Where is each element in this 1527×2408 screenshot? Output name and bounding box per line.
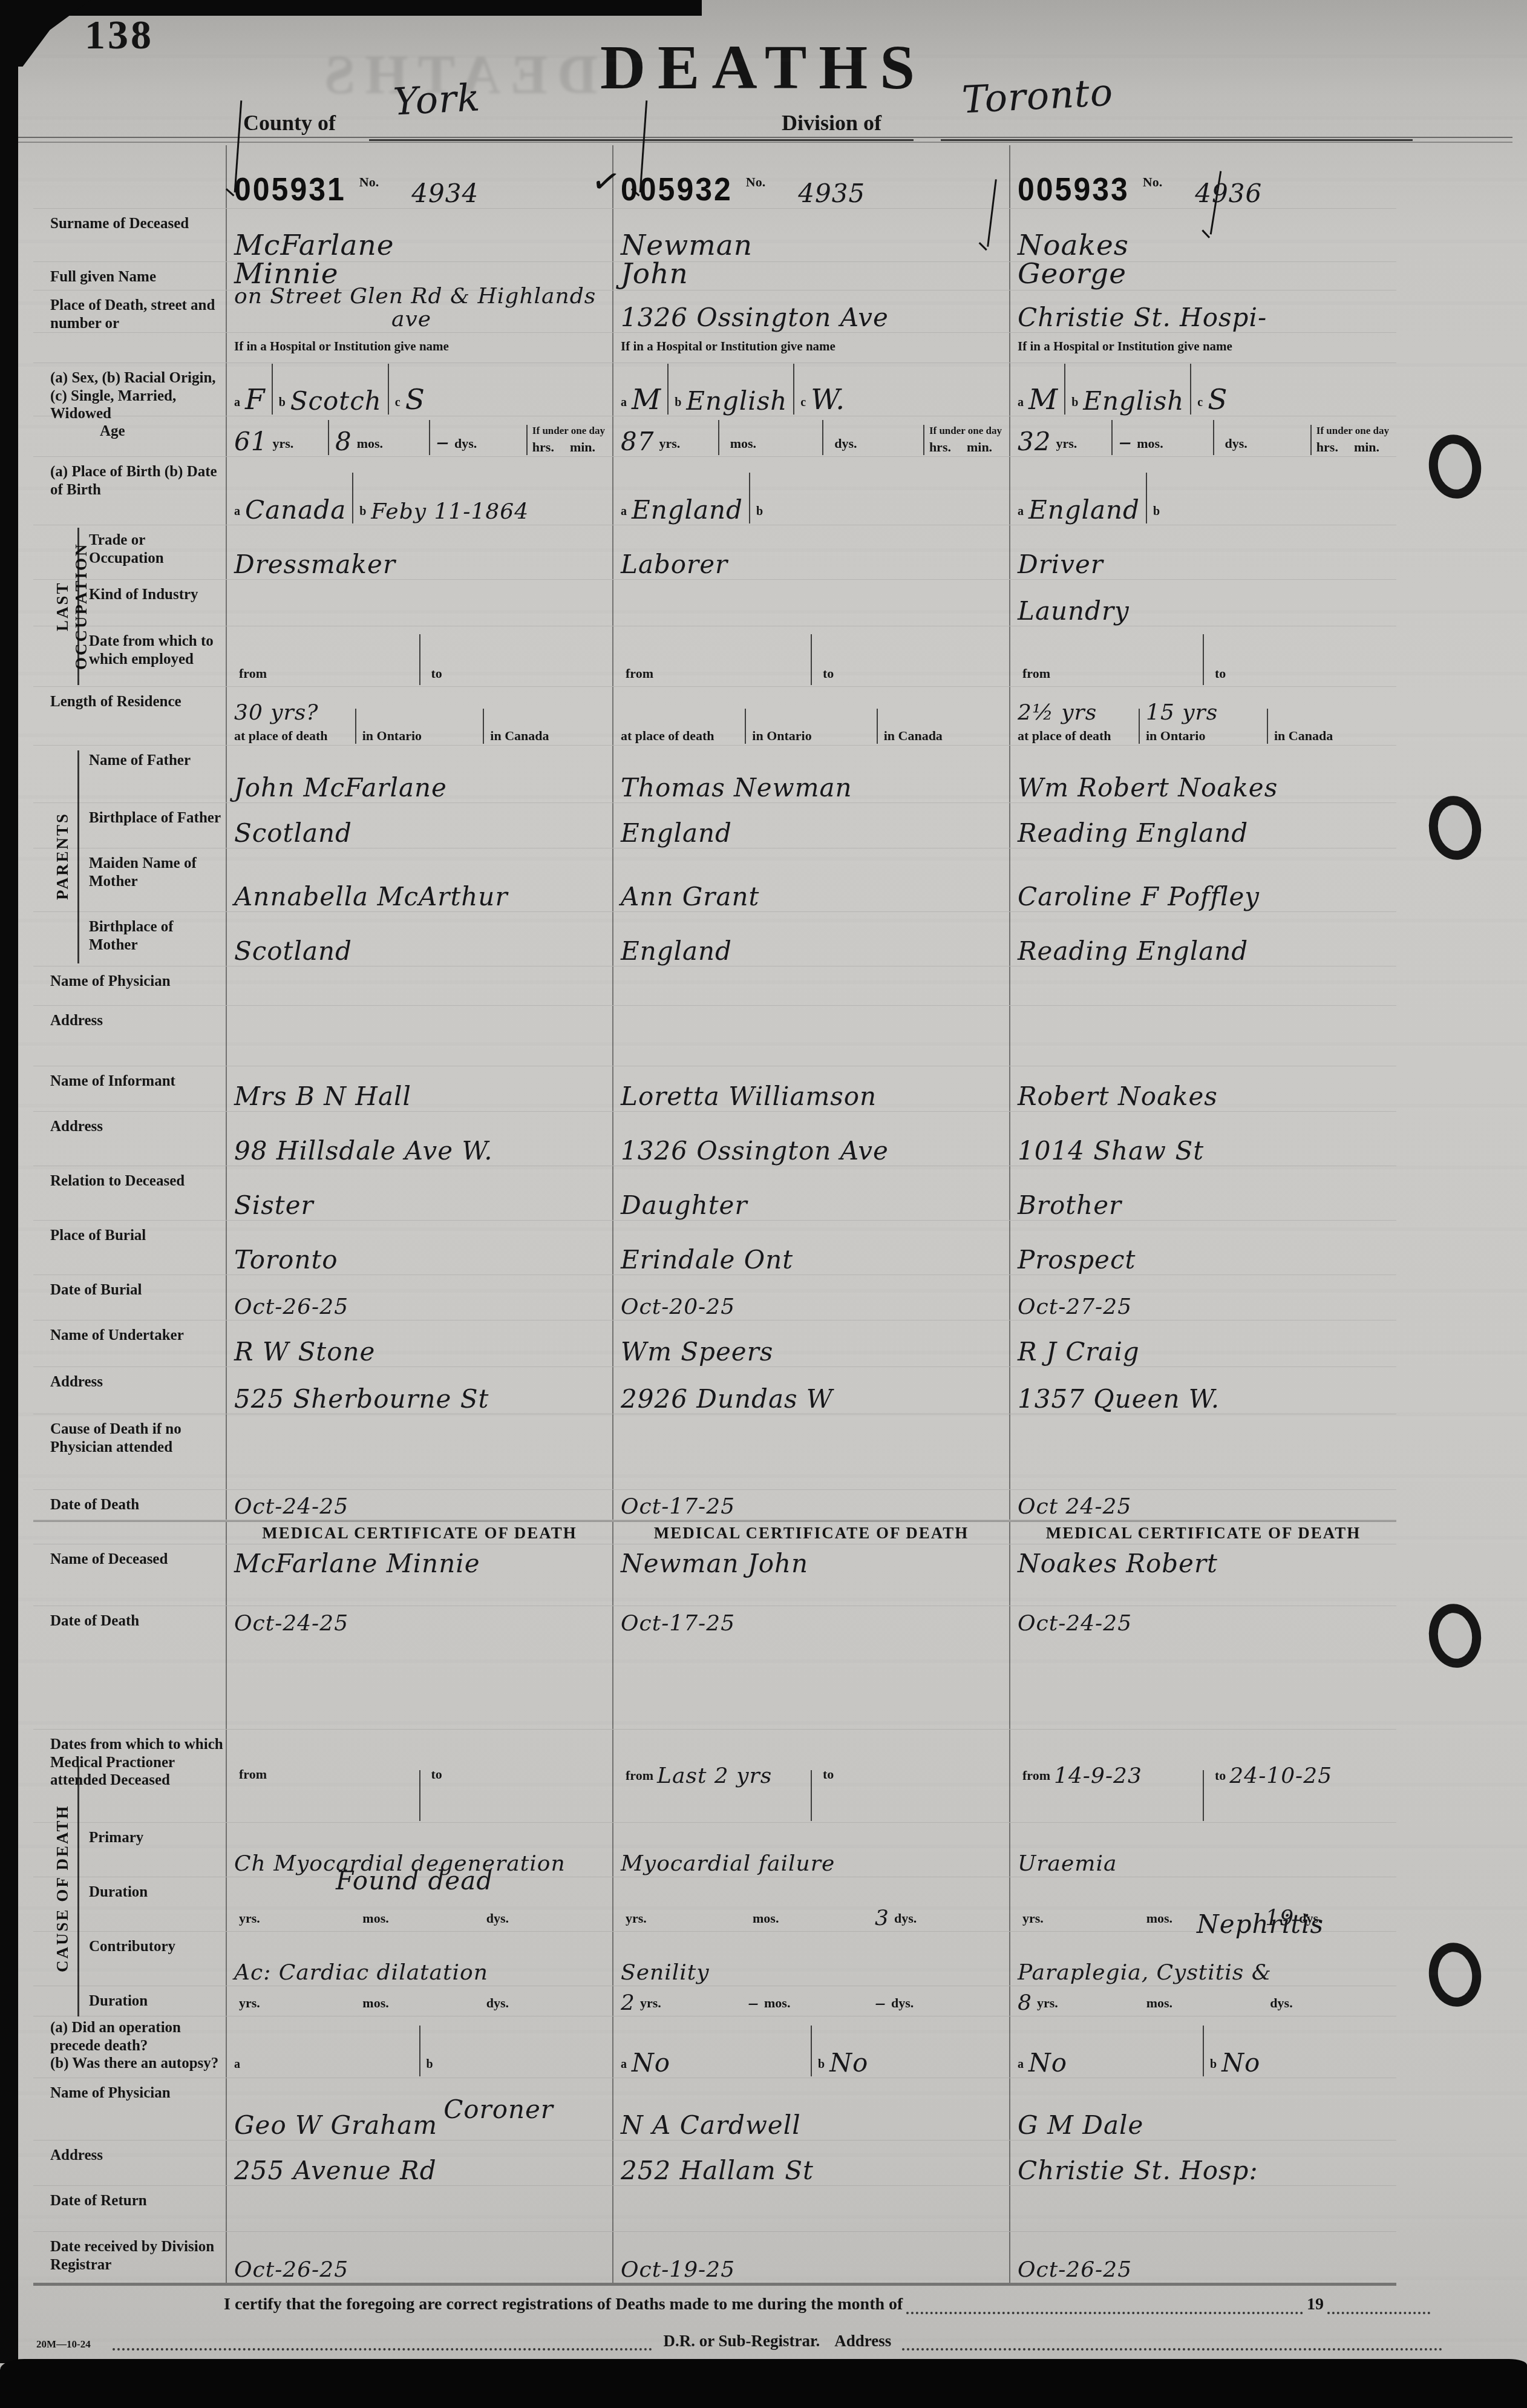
undertaker-value: R W Stone	[226, 1320, 612, 1366]
unit-dys: dys.	[486, 1911, 509, 1926]
row-medcert-date-of-death: Date of Death Oct-24-25 Oct-17-25 Oct-24…	[33, 1606, 1396, 1730]
handwritten-mother-birthplace: Scotland	[234, 938, 352, 965]
primary-cause-value: Myocardial failure	[612, 1823, 1009, 1877]
handwritten-physician2-address: 252 Hallam St	[621, 2157, 814, 2184]
handwritten-date-of-death: Oct 24-25	[1018, 1495, 1131, 1518]
row-father: Name of Father John McFarlane Thomas New…	[33, 746, 1396, 803]
cause-bracket	[77, 1767, 79, 2016]
physician2-address-label: Address	[33, 2141, 226, 2185]
place-of-death-label: Place of Death, street and number or	[33, 290, 226, 332]
sub-divider	[793, 364, 794, 415]
birth-label: (a) Place of Birth (b) Date of Birth	[33, 457, 226, 525]
sub-divider	[1213, 420, 1214, 455]
handwritten-informant: Mrs B N Hall	[234, 1083, 411, 1110]
unit-mos: mos.	[753, 1911, 779, 1926]
medcert-name-label: Name of Deceased	[33, 1544, 226, 1606]
informant-value: Loretta Williamson	[612, 1066, 1009, 1111]
birth-value: aCanada bFeby 11-1864	[226, 457, 612, 525]
print-code: 20M—10-24	[36, 2338, 91, 2351]
row-place-of-death: Place of Death, street and number or on …	[33, 290, 1396, 333]
handwritten-medcert-date: Oct-24-25	[1018, 1612, 1132, 1635]
scanned-death-register-page: DEATHS 138 DEATHS County of York Divisio…	[0, 0, 1527, 2408]
book-number: 4934	[411, 180, 479, 207]
handwritten-undertaker: Wm Speers	[621, 1339, 773, 1365]
physician1-value	[226, 966, 612, 1005]
unit-min: min.	[967, 439, 992, 455]
handwritten-medcert-name: Noakes Robert	[1018, 1550, 1218, 1577]
undertaker-address-value: 1357 Queen W.	[1009, 1367, 1396, 1414]
medcert-header: MEDICAL CERTIFICATE OF DEATH	[1009, 1522, 1396, 1544]
birth-value: aEngland b	[612, 457, 1009, 525]
date-received-value: Oct-19-25	[612, 2232, 1009, 2283]
father-birthplace-value: Scotland	[226, 803, 612, 848]
marker-c: c	[395, 396, 401, 410]
handwritten-informant-address: 1014 Shaw St	[1018, 1138, 1204, 1164]
employed-value: from to	[1009, 626, 1396, 686]
row-date-of-death: Date of Death Oct-24-25 Oct-17-25 Oct 24…	[33, 1490, 1396, 1520]
header-rule-top	[18, 137, 1512, 138]
header-rule-bottom	[18, 142, 1512, 143]
register-table: 005931 No. 4934 005932 No. 4935 005933 N…	[33, 145, 1396, 2286]
handwritten-attended-to: 24-10-25	[1229, 1765, 1332, 1788]
contributory-duration-value: 2yrs. –mos. –dys.	[612, 1986, 1009, 2016]
handwritten-burial-date: Oct-26-25	[234, 1296, 348, 1319]
primary-cause-value: Uraemia	[1009, 1823, 1396, 1877]
operation-autopsy-value: aNo bNo	[612, 2016, 1009, 2078]
physician2-value: Geo W GrahamCoroner	[226, 2078, 612, 2140]
section-label-cause-of-death: CAUSE OF DEATH	[53, 1755, 72, 2021]
parents-bracket	[77, 750, 79, 963]
handwritten-age-years: 32	[1018, 428, 1051, 455]
handwritten-contributory-cause: Ac: Cardiac dilatation	[234, 1961, 488, 1984]
date-of-death-value: Oct-17-25	[612, 1490, 1009, 1520]
handwritten-found-dead-note: Found dead	[336, 1868, 493, 1894]
handwritten-duration-days: 3	[875, 1907, 889, 1930]
sub-divider	[272, 364, 273, 415]
row-burial-place: Place of Burial Toronto Erindale Ont Pro…	[33, 1221, 1396, 1275]
row-physician1: Name of Physician	[33, 966, 1396, 1006]
handwritten-burial-date: Oct-27-25	[1018, 1296, 1132, 1319]
division-value: Toronto	[961, 70, 1114, 122]
hospital-note: If in a Hospital or Institution give nam…	[1009, 333, 1396, 363]
row-industry: Kind of Industry Laundry	[33, 580, 1396, 626]
row-age: Age 61yrs. 8mos. –dys. If under one day …	[33, 416, 1396, 457]
row-medcert-name: Name of Deceased McFarlane Minnie Newman…	[33, 1544, 1396, 1606]
place-of-death-value: 1326 Ossington Ave	[612, 290, 1009, 332]
row-registration-numbers: 005931 No. 4934 005932 No. 4935 005933 N…	[33, 145, 1396, 209]
handwritten-duration-days: –	[875, 1992, 886, 2015]
handwritten-date-received: Oct-26-25	[1018, 2259, 1132, 2282]
cause-no-physician-label: Cause of Death if no Physician attended	[33, 1414, 226, 1489]
handwritten-racial-origin: Scotch	[290, 388, 382, 415]
row-sex-origin-status: (a) Sex, (b) Racial Origin, (c) Single, …	[33, 363, 1396, 416]
relation-value: Daughter	[612, 1166, 1009, 1220]
sub-divider	[749, 473, 750, 523]
marker-b: b	[359, 505, 366, 519]
handwritten-marital-status: S	[405, 385, 425, 415]
medcert-header-text: MEDICAL CERTIFICATE OF DEATH	[621, 1524, 1002, 1543]
informant-address-value: 1014 Shaw St	[1009, 1112, 1396, 1166]
unit-yrs: yrs.	[659, 436, 680, 451]
handwritten-contributory-cause: Senility	[621, 1961, 710, 1984]
row-cause-no-physician: Cause of Death if no Physician attended	[33, 1414, 1396, 1490]
handwritten-autopsy: No	[829, 2050, 868, 2076]
county-value: York	[392, 75, 482, 123]
unit-hrs: hrs.	[1316, 439, 1338, 455]
row-relation: Relation to Deceased Sister Daughter Bro…	[33, 1166, 1396, 1221]
marker-b: b	[1153, 505, 1160, 519]
medcert-name-value: Noakes Robert	[1009, 1544, 1396, 1606]
from-label: from	[626, 666, 653, 681]
row-physician2-address: Address 255 Avenue Rd 252 Hallam St Chri…	[33, 2141, 1396, 2186]
scan-edge-bottom	[0, 2359, 1527, 2408]
handwritten-undertaker-address: 1357 Queen W.	[1018, 1386, 1220, 1412]
book-number: 4936	[1195, 180, 1262, 207]
handwritten-contributory-cause: Paraplegia, Cystitis &	[1018, 1961, 1272, 1984]
operation-question: (a) Did an operation precede death?	[50, 2019, 223, 2055]
industry-value	[612, 580, 1009, 626]
sub-divider	[1064, 364, 1065, 415]
division-underline	[941, 139, 1413, 141]
handwritten-residence-ontario: 15 yrs	[1146, 701, 1218, 728]
unit-hrs: hrs.	[929, 439, 951, 455]
handwritten-father-birthplace: England	[621, 820, 732, 847]
handwritten-sex: M	[1028, 385, 1058, 415]
handwritten-informant: Loretta Williamson	[621, 1083, 877, 1110]
sub-divider	[877, 709, 878, 744]
handwritten-operation: No	[632, 2050, 670, 2076]
handwritten-racial-origin: English	[1083, 388, 1184, 415]
residence-value: 30 yrs?at place of death in Ontario in C…	[226, 687, 612, 745]
sub-divider	[388, 364, 389, 415]
father-value: John McFarlane	[226, 746, 612, 802]
certification-line: I certify that the foregoing are correct…	[224, 2291, 1434, 2314]
handwritten-physician2: Geo W Graham	[234, 2112, 437, 2139]
medcert-name-value: Newman John	[612, 1544, 1009, 1606]
from-label: from	[626, 1768, 653, 1783]
from-label: from	[239, 666, 267, 681]
marker-b: b	[427, 2058, 433, 2072]
undertaker-value: R J Craig	[1009, 1320, 1396, 1366]
row-medical-certificate-header: MEDICAL CERTIFICATE OF DEATH MEDICAL CER…	[33, 1520, 1396, 1544]
sub-divider	[718, 420, 719, 455]
medcert-date-value: Oct-24-25	[226, 1606, 612, 1729]
handwritten-undertaker-address: 525 Sherbourne St	[234, 1386, 489, 1412]
handwritten-date-received: Oct-26-25	[234, 2259, 348, 2282]
handwritten-undertaker-address: 2926 Dundas W	[621, 1386, 833, 1412]
sex-origin-status-label: (a) Sex, (b) Racial Origin, (c) Single, …	[33, 363, 226, 416]
unit-mos: mos.	[764, 1995, 790, 2011]
unit-yrs: yrs.	[1056, 436, 1077, 451]
row-attended-dates: Dates from which to which Medical Practi…	[33, 1730, 1396, 1823]
undertaker-address-value: 525 Sherbourne St	[226, 1367, 612, 1414]
handwritten-residence-place: 30 yrs?	[234, 701, 319, 728]
sex-origin-status-value: aM bEnglish cS	[1009, 363, 1396, 416]
medcert-name-value: McFarlane Minnie	[226, 1544, 612, 1606]
res-canada-label: in Canada	[884, 728, 943, 744]
unit-mos: mos.	[362, 1995, 388, 2011]
mother-birthplace-value: Reading England	[1009, 912, 1396, 966]
handwritten-undertaker: R J Craig	[1018, 1339, 1140, 1365]
registrar-label: D.R. or Sub-Registrar.	[663, 2332, 820, 2351]
handwritten-medcert-date: Oct-17-25	[621, 1612, 735, 1635]
handwritten-father: Thomas Newman	[621, 775, 852, 801]
res-canada-label: in Canada	[490, 728, 549, 744]
medcert-header-text: MEDICAL CERTIFICATE OF DEATH	[1018, 1524, 1389, 1543]
page-title: DEATHS	[0, 31, 1527, 103]
residence-value: at place of death in Ontario in Canada	[612, 687, 1009, 745]
unit-dys: dys.	[486, 1995, 509, 2011]
marker-c: c	[800, 396, 806, 410]
given-name-label: Full given Name	[33, 262, 226, 290]
from-label: from	[239, 1767, 267, 1782]
registration-cell: 005932 No. 4935	[612, 145, 1009, 208]
handwritten-birth-place: England	[1028, 497, 1140, 523]
row-physician1-address: Address	[33, 1006, 1396, 1066]
burial-date-value: Oct-27-25	[1009, 1275, 1396, 1320]
trade-value: Laborer	[612, 525, 1009, 579]
primary-duration-value: Found dead yrs. mos. dys.	[226, 1877, 612, 1931]
medcert-date-label: Date of Death	[33, 1606, 226, 1729]
unit-min: min.	[570, 439, 595, 455]
unit-mos: mos.	[1146, 1995, 1172, 2011]
operation-autopsy-label: (a) Did an operation precede death? (b) …	[33, 2016, 226, 2078]
mother-value: Annabella McArthur	[226, 848, 612, 911]
relation-value: Sister	[226, 1166, 612, 1220]
burial-place-value: Prospect	[1009, 1221, 1396, 1275]
sub-divider	[483, 709, 484, 744]
burial-place-label: Place of Burial	[33, 1221, 226, 1275]
unit-mos: mos.	[357, 436, 383, 451]
book-number: 4935	[798, 180, 865, 207]
sub-divider	[667, 364, 669, 415]
hospital-note-text: If in a Hospital or Institution give nam…	[1018, 339, 1232, 354]
county-underline	[369, 139, 914, 141]
handwritten-given-name: John	[621, 259, 688, 289]
date-of-return-value	[612, 2186, 1009, 2231]
sub-divider	[1111, 420, 1113, 455]
handwritten-date-of-death: Oct-24-25	[234, 1495, 348, 1518]
autopsy-question: (b) Was there an autopsy?	[50, 2055, 223, 2073]
birth-value: aEngland b	[1009, 457, 1396, 525]
res-place-label: at place of death	[621, 728, 714, 744]
physician1-address-value	[226, 1006, 612, 1066]
father-value: Wm Robert Noakes	[1009, 746, 1396, 802]
handwritten-relation: Brother	[1018, 1192, 1122, 1219]
handwritten-medcert-date: Oct-24-25	[234, 1612, 348, 1635]
row-contributory-duration: Duration yrs. mos. dys. 2yrs. –mos. –dys…	[33, 1986, 1396, 2016]
handwritten-birth-place: Canada	[245, 497, 346, 523]
registration-stamp: 005931	[234, 171, 346, 209]
sub-divider	[1139, 709, 1140, 744]
place-of-death-value: on Street Glen Rd & Highlands ave	[226, 290, 612, 332]
cause-no-physician-value	[226, 1414, 612, 1489]
medcert-date-value: Oct-24-25	[1009, 1606, 1396, 1729]
to-label: to	[1215, 1768, 1226, 1783]
primary-duration-value: Nephritis yrs. mos. 19dys.	[1009, 1877, 1396, 1931]
certification-blank	[906, 2291, 1303, 2314]
registration-cell: 005931 No. 4934	[226, 145, 612, 208]
father-value: Thomas Newman	[612, 746, 1009, 802]
handwritten-duration-years: 8	[1018, 1992, 1032, 2015]
burial-place-value: Erindale Ont	[612, 1221, 1009, 1275]
medcert-header: MEDICAL CERTIFICATE OF DEATH	[612, 1522, 1009, 1544]
handwritten-given-name: George	[1018, 259, 1126, 289]
attended-dates-value: from14-9-23 to24-10-25	[1009, 1730, 1396, 1822]
res-ontario-label: in Ontario	[752, 728, 811, 744]
to-label: to	[823, 666, 834, 681]
date-received-value: Oct-26-25	[1009, 2232, 1396, 2283]
handwritten-residence-place: 2½ yrs	[1018, 701, 1097, 728]
trade-value: Driver	[1009, 525, 1396, 579]
unit-hrs: hrs.	[532, 439, 554, 455]
contributory-value: Paraplegia, Cystitis &	[1009, 1932, 1396, 1986]
handwritten-medcert-name: McFarlane Minnie	[234, 1550, 480, 1577]
physician2-address-value: 252 Hallam St	[612, 2141, 1009, 2185]
handwritten-marital-status: S	[1208, 385, 1228, 415]
registration-cell: 005933 No. 4936	[1009, 145, 1396, 208]
informant-address-label: Address	[33, 1112, 226, 1166]
handwritten-date-of-death: Oct-17-25	[621, 1495, 735, 1518]
date-of-return-value	[1009, 2186, 1396, 2231]
handwritten-burial-date: Oct-20-25	[621, 1296, 735, 1319]
given-name-value: George	[1009, 262, 1396, 290]
unit-mos: mos.	[1137, 436, 1163, 451]
unit-dys: dys.	[894, 1911, 917, 1926]
unit-yrs: yrs.	[1022, 1911, 1044, 1926]
handwritten-burial-place: Prospect	[1018, 1247, 1136, 1273]
marker-a: a	[234, 2058, 240, 2072]
row-date-of-return: Date of Return	[33, 2186, 1396, 2232]
row-residence: Length of Residence 30 yrs?at place of d…	[33, 687, 1396, 746]
if-under-one-day-block: If under one day hrs.min.	[1310, 425, 1389, 455]
handwritten-duration-years: 2	[621, 1992, 635, 2015]
handwritten-industry: Laundry	[1018, 598, 1130, 625]
year-prefix: 19	[1307, 2295, 1324, 2314]
unit-min: min.	[1354, 439, 1379, 455]
signature-blank	[113, 2328, 653, 2351]
handwritten-age-days: –	[436, 428, 450, 455]
handwritten-trade: Dressmaker	[234, 551, 396, 578]
handwritten-sex: F	[245, 385, 266, 415]
sub-divider	[419, 634, 420, 685]
row-informant: Name of Informant Mrs B N Hall Loretta W…	[33, 1066, 1396, 1112]
handwritten-place-of-death-line2: ave	[391, 308, 596, 331]
relation-value: Brother	[1009, 1166, 1396, 1220]
hospital-note-text: If in a Hospital or Institution give nam…	[621, 339, 835, 354]
handwritten-trade: Laborer	[621, 551, 728, 578]
marker-a: a	[234, 505, 240, 519]
handwritten-age-years: 61	[234, 428, 267, 455]
employed-value: from to	[226, 626, 612, 686]
unit-dys: dys.	[454, 436, 477, 451]
sub-divider	[419, 1770, 420, 1821]
under-one-day-label: If under one day	[1316, 425, 1389, 437]
handwritten-medcert-name: Newman John	[621, 1550, 808, 1577]
row-primary-duration: Duration Found dead yrs. mos. dys. yrs. …	[33, 1877, 1396, 1932]
unit-mos: mos.	[362, 1911, 388, 1926]
handwritten-father: Wm Robert Noakes	[1018, 775, 1278, 801]
sex-origin-status-value: aF bScotch cS	[226, 363, 612, 416]
burial-date-label: Date of Burial	[33, 1275, 226, 1320]
scan-edge-top	[0, 0, 702, 16]
industry-value: Laundry	[1009, 580, 1396, 626]
burial-date-value: Oct-20-25	[612, 1275, 1009, 1320]
handwritten-birth-place: England	[632, 497, 743, 523]
division-label: Division of	[782, 110, 881, 136]
occupation-bracket	[77, 528, 79, 685]
unit-mos: mos.	[730, 436, 756, 451]
sub-divider	[429, 420, 430, 455]
handwritten-place-of-death: Christie St. Hospi-	[1018, 304, 1267, 331]
row-physician2: Name of Physician Geo W GrahamCoroner N …	[33, 2078, 1396, 2141]
contributory-duration-value: yrs. mos. dys.	[226, 1986, 612, 2016]
handwritten-relation: Daughter	[621, 1192, 748, 1219]
marker-a: a	[234, 396, 240, 410]
handwritten-burial-place: Toronto	[234, 1247, 338, 1273]
handwritten-birth-date: Feby 11-1864	[371, 500, 529, 523]
mother-birthplace-value: Scotland	[226, 912, 612, 966]
hospital-note-spacer	[33, 333, 226, 363]
contributory-value: Senility	[612, 1932, 1009, 1986]
handwritten-surname: Noakes	[1018, 231, 1129, 260]
medcert-date-value: Oct-17-25	[612, 1606, 1009, 1729]
date-received-value: Oct-26-25	[226, 2232, 612, 2283]
marker-a: a	[621, 505, 627, 519]
handwritten-relation: Sister	[234, 1192, 314, 1219]
marker-a: a	[1018, 2058, 1024, 2072]
section-label-last-occupation: LAST OCCUPATION	[53, 525, 91, 687]
marker-a: a	[1018, 505, 1024, 519]
burial-date-value: Oct-26-25	[226, 1275, 612, 1320]
handwritten-age-months: 8	[335, 428, 352, 455]
physician2-address-value: Christie St. Hosp:	[1009, 2141, 1396, 2185]
handwritten-duration-months: –	[748, 1992, 759, 2015]
handwritten-surname: McFarlane	[234, 231, 394, 260]
marker-b: b	[756, 505, 763, 519]
res-place-label: at place of death	[1018, 728, 1111, 744]
handwritten-attended-from: Last 2 yrs	[657, 1765, 772, 1788]
row-hospital-note: If in a Hospital or Institution give nam…	[33, 333, 1396, 363]
from-label: from	[1022, 1768, 1050, 1783]
if-under-one-day-block: If under one day hrs.min.	[526, 425, 605, 455]
medcert-header-text: MEDICAL CERTIFICATE OF DEATH	[234, 1524, 605, 1543]
handwritten-mother-birthplace: Reading England	[1018, 938, 1248, 965]
burial-place-value: Toronto	[226, 1221, 612, 1275]
father-birthplace-value: Reading England	[1009, 803, 1396, 848]
informant-value: Mrs B N Hall	[226, 1066, 612, 1111]
from-label: from	[1022, 666, 1050, 681]
registrar-address-label: Address	[834, 2332, 891, 2351]
row-birth: (a) Place of Birth (b) Date of Birth aCa…	[33, 457, 1396, 525]
to-label: to	[823, 1767, 834, 1782]
marker-b: b	[675, 396, 681, 410]
employed-value: from to	[612, 626, 1009, 686]
date-of-death-label: Date of Death	[33, 1490, 226, 1520]
operation-autopsy-value: aNo bNo	[1009, 2016, 1396, 2078]
row-employed: Date from which to which employed from t…	[33, 626, 1396, 687]
marker-b: b	[818, 2058, 825, 2072]
handwritten-surname: Newman	[621, 231, 753, 260]
handwritten-sex: M	[632, 385, 661, 415]
sub-divider	[1267, 709, 1268, 744]
date-of-return-value	[226, 2186, 612, 2231]
physician2-address-value: 255 Avenue Rd	[226, 2141, 612, 2185]
handwritten-physician2-address: Christie St. Hosp:	[1018, 2157, 1258, 2184]
sub-divider	[811, 1770, 812, 1821]
handwritten-burial-place: Erindale Ont	[621, 1247, 793, 1273]
age-value: 61yrs. 8mos. –dys. If under one day hrs.…	[226, 416, 612, 456]
